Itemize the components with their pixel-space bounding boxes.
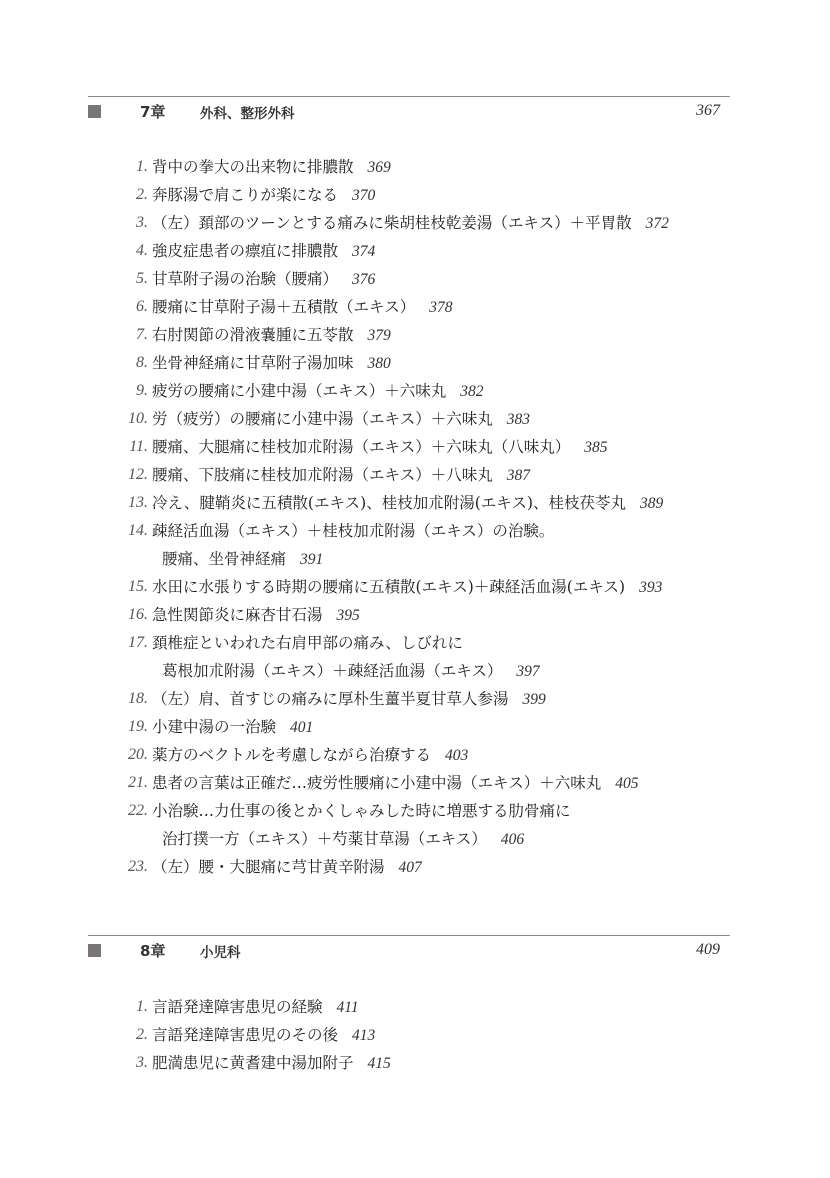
entry-title: 肥満患児に黄耆建中湯加附子415 bbox=[152, 1049, 391, 1078]
entry-title: 頚椎症といわれた右肩甲部の痛み、しびれに bbox=[152, 629, 463, 657]
entry-title: 小建中湯の一治験401 bbox=[152, 713, 313, 742]
entry-title: 腰痛、大腿痛に桂枝加朮附湯（エキス）＋六味丸（八味丸）385 bbox=[152, 433, 607, 462]
square-marker-icon bbox=[88, 944, 101, 957]
entry-page: 397 bbox=[516, 663, 539, 680]
entry-title-text: 小治験…力仕事の後とかくしゃみした時に増悪する肋骨痛に bbox=[152, 802, 571, 820]
entry-title-text: 冷え、腱鞘炎に五積散(エキス)、桂枝加朮附湯(エキス)、桂枝茯苓丸 bbox=[152, 494, 626, 512]
entry-number: 17. bbox=[128, 629, 148, 657]
entry-number: 11. bbox=[129, 433, 148, 461]
entry-title-text: 背中の拳大の出来物に排膿散 bbox=[152, 158, 354, 176]
entry-title: 言語発達障害患児のその後413 bbox=[152, 1021, 375, 1050]
entry-title: 葛根加朮附湯（エキス）＋疎経活血湯（エキス）397 bbox=[162, 657, 540, 686]
entry-title-text: 疲労の腰痛に小建中湯（エキス）＋六味丸 bbox=[152, 382, 446, 400]
entry-page: 411 bbox=[337, 999, 359, 1016]
entry-number: 2. bbox=[136, 181, 148, 209]
entry-page: 369 bbox=[368, 159, 391, 176]
entry-number: 7. bbox=[136, 321, 148, 349]
entry-title-text: 坐骨神経痛に甘草附子湯加味 bbox=[152, 354, 354, 372]
entry-title: （左）頚部のツーンとする痛みに柴胡桂枝乾姜湯（エキス）＋平胃散372 bbox=[152, 209, 669, 238]
entry-page: 387 bbox=[507, 467, 530, 484]
entry-title: 冷え、腱鞘炎に五積散(エキス)、桂枝加朮附湯(エキス)、桂枝茯苓丸389 bbox=[152, 489, 663, 518]
entry-title: （左）肩、首すじの痛みに厚朴生薑半夏甘草人参湯399 bbox=[152, 685, 546, 714]
entry-page: 372 bbox=[646, 215, 669, 232]
chapter-number: 8章 bbox=[140, 940, 165, 961]
entry-number: 8. bbox=[136, 349, 148, 377]
entry-number: 21. bbox=[128, 769, 148, 797]
entry-title-text: 言語発達障害患児の経験 bbox=[152, 998, 323, 1016]
entry-title: 疲労の腰痛に小建中湯（エキス）＋六味丸382 bbox=[152, 377, 483, 406]
entry-page: 376 bbox=[352, 271, 375, 288]
entry-title: （左）腰・大腿痛に芎甘黄辛附湯407 bbox=[152, 853, 422, 882]
chapter-title: 小児科 bbox=[200, 941, 241, 961]
chapter-7: 7章 外科、整形外科 367 bbox=[88, 96, 730, 125]
square-marker-icon bbox=[88, 105, 101, 118]
entry-page: 413 bbox=[352, 1027, 375, 1044]
entry-number: 1. bbox=[136, 993, 148, 1021]
entry-title: 薬方のベクトルを考慮しながら治療する403 bbox=[152, 741, 468, 770]
entry-number: 10. bbox=[128, 405, 148, 433]
entry-title-text: 治打撲一方（エキス）＋芍薬甘草湯（エキス） bbox=[162, 830, 487, 848]
entry-title: 右肘関節の滑液嚢腫に五苓散379 bbox=[152, 321, 391, 350]
entry-number: 18. bbox=[128, 685, 148, 713]
entry-title: 言語発達障害患児の経験411 bbox=[152, 993, 359, 1022]
entry-page: 385 bbox=[584, 439, 607, 456]
entry-title-text: 右肘関節の滑液嚢腫に五苓散 bbox=[152, 326, 354, 344]
entry-page: 405 bbox=[615, 775, 638, 792]
chapter-page: 367 bbox=[696, 102, 720, 120]
chapter-page: 409 bbox=[696, 941, 720, 959]
entry-title-text: 強皮症患者の瘭疽に排膿散 bbox=[152, 242, 338, 260]
entry-page: 399 bbox=[523, 691, 546, 708]
entry-title: 小治験…力仕事の後とかくしゃみした時に増悪する肋骨痛に bbox=[152, 797, 571, 825]
entry-page: 383 bbox=[507, 411, 530, 428]
entry-title: 背中の拳大の出来物に排膿散369 bbox=[152, 153, 391, 182]
entry-number: 9. bbox=[136, 377, 148, 405]
entry-title-text: 言語発達障害患児のその後 bbox=[152, 1026, 338, 1044]
entry-title: 治打撲一方（エキス）＋芍薬甘草湯（エキス）406 bbox=[162, 825, 524, 854]
entry-title-text: 頚椎症といわれた右肩甲部の痛み、しびれに bbox=[152, 634, 463, 652]
entry-page: 406 bbox=[501, 831, 524, 848]
entry-title: 奔豚湯で肩こりが楽になる370 bbox=[152, 181, 375, 210]
entry-title-text: 腰痛、大腿痛に桂枝加朮附湯（エキス）＋六味丸（八味丸） bbox=[152, 438, 570, 456]
entry-title-text: 腰痛に甘草附子湯＋五積散（エキス） bbox=[152, 298, 415, 316]
chapter-title: 外科、整形外科 bbox=[200, 102, 295, 122]
entry-page: 401 bbox=[290, 719, 313, 736]
entry-title: 急性関節炎に麻杏甘石湯395 bbox=[152, 601, 360, 630]
entry-title: 疎経活血湯（エキス）＋桂枝加朮附湯（エキス）の治験。 bbox=[152, 517, 554, 545]
entry-page: 389 bbox=[640, 495, 663, 512]
entry-title: 腰痛、下肢痛に桂枝加朮附湯（エキス）＋八味丸387 bbox=[152, 461, 530, 490]
entry-number: 12. bbox=[128, 461, 148, 489]
entry-number: 22. bbox=[128, 797, 148, 825]
entry-title-text: 小建中湯の一治験 bbox=[152, 718, 276, 736]
entry-title: 患者の言葉は正確だ…疲労性腰痛に小建中湯（エキス）＋六味丸405 bbox=[152, 769, 638, 798]
entry-page: 370 bbox=[352, 187, 375, 204]
entry-number: 5. bbox=[136, 265, 148, 293]
chapter-heading[interactable]: 7章 外科、整形外科 367 bbox=[88, 97, 730, 125]
entry-title-text: 患者の言葉は正確だ…疲労性腰痛に小建中湯（エキス）＋六味丸 bbox=[152, 774, 601, 792]
entry-title-text: 葛根加朮附湯（エキス）＋疎経活血湯（エキス） bbox=[162, 662, 502, 680]
entry-title: 甘草附子湯の治験（腰痛）376 bbox=[152, 265, 375, 294]
entry-title-text: （左）肩、首すじの痛みに厚朴生薑半夏甘草人参湯 bbox=[152, 690, 509, 708]
entry-title: 強皮症患者の瘭疽に排膿散374 bbox=[152, 237, 375, 266]
entry-number: 1. bbox=[136, 153, 148, 181]
entry-number: 2. bbox=[136, 1021, 148, 1049]
entry-title-text: 肥満患児に黄耆建中湯加附子 bbox=[152, 1054, 354, 1072]
entry-title-text: 甘草附子湯の治験（腰痛） bbox=[152, 270, 338, 288]
chapter-heading[interactable]: 8章 小児科 409 bbox=[88, 936, 730, 964]
entry-title: 労（疲労）の腰痛に小建中湯（エキス）＋六味丸383 bbox=[152, 405, 530, 434]
entry-number: 6. bbox=[136, 293, 148, 321]
entry-page: 382 bbox=[460, 383, 483, 400]
entry-title-text: 疎経活血湯（エキス）＋桂枝加朮附湯（エキス）の治験。 bbox=[152, 522, 554, 540]
entry-title-text: 奔豚湯で肩こりが楽になる bbox=[152, 186, 338, 204]
chapter-number: 7章 bbox=[140, 101, 165, 122]
entry-title-text: 薬方のベクトルを考慮しながら治療する bbox=[152, 746, 431, 764]
entry-page: 378 bbox=[429, 299, 452, 316]
entry-title-text: 腰痛、下肢痛に桂枝加朮附湯（エキス）＋八味丸 bbox=[152, 466, 493, 484]
entry-number: 14. bbox=[128, 517, 148, 545]
entry-number: 16. bbox=[128, 601, 148, 629]
entry-number: 3. bbox=[136, 209, 148, 237]
entry-number: 23. bbox=[128, 853, 148, 881]
entry-number: 4. bbox=[136, 237, 148, 265]
entry-page: 374 bbox=[352, 243, 375, 260]
entry-page: 407 bbox=[399, 859, 422, 876]
entry-page: 391 bbox=[300, 551, 323, 568]
entry-page: 415 bbox=[368, 1055, 391, 1072]
chapter-8: 8章 小児科 409 bbox=[88, 935, 730, 964]
entry-title: 腰痛に甘草附子湯＋五積散（エキス）378 bbox=[152, 293, 452, 322]
entry-title-text: 労（疲労）の腰痛に小建中湯（エキス）＋六味丸 bbox=[152, 410, 493, 428]
entry-number: 19. bbox=[128, 713, 148, 741]
entry-title-text: 急性関節炎に麻杏甘石湯 bbox=[152, 606, 323, 624]
entry-number: 20. bbox=[128, 741, 148, 769]
entry-page: 379 bbox=[368, 327, 391, 344]
entry-number: 15. bbox=[128, 573, 148, 601]
entry-title: 腰痛、坐骨神経痛391 bbox=[162, 545, 323, 574]
entry-title-text: （左）腰・大腿痛に芎甘黄辛附湯 bbox=[152, 858, 385, 876]
entry-title: 坐骨神経痛に甘草附子湯加味380 bbox=[152, 349, 391, 378]
entry-title-text: （左）頚部のツーンとする痛みに柴胡桂枝乾姜湯（エキス）＋平胃散 bbox=[152, 214, 632, 232]
entry-title-text: 腰痛、坐骨神経痛 bbox=[162, 550, 286, 568]
entry-number: 13. bbox=[128, 489, 148, 517]
entry-title-text: 水田に水張りする時期の腰痛に五積散(エキス)＋疎経活血湯(エキス) bbox=[152, 578, 625, 596]
entry-page: 393 bbox=[639, 579, 662, 596]
entry-page: 380 bbox=[368, 355, 391, 372]
entry-page: 395 bbox=[337, 607, 360, 624]
entry-page: 403 bbox=[445, 747, 468, 764]
entry-number: 3. bbox=[136, 1049, 148, 1077]
entry-title: 水田に水張りする時期の腰痛に五積散(エキス)＋疎経活血湯(エキス)393 bbox=[152, 573, 662, 602]
